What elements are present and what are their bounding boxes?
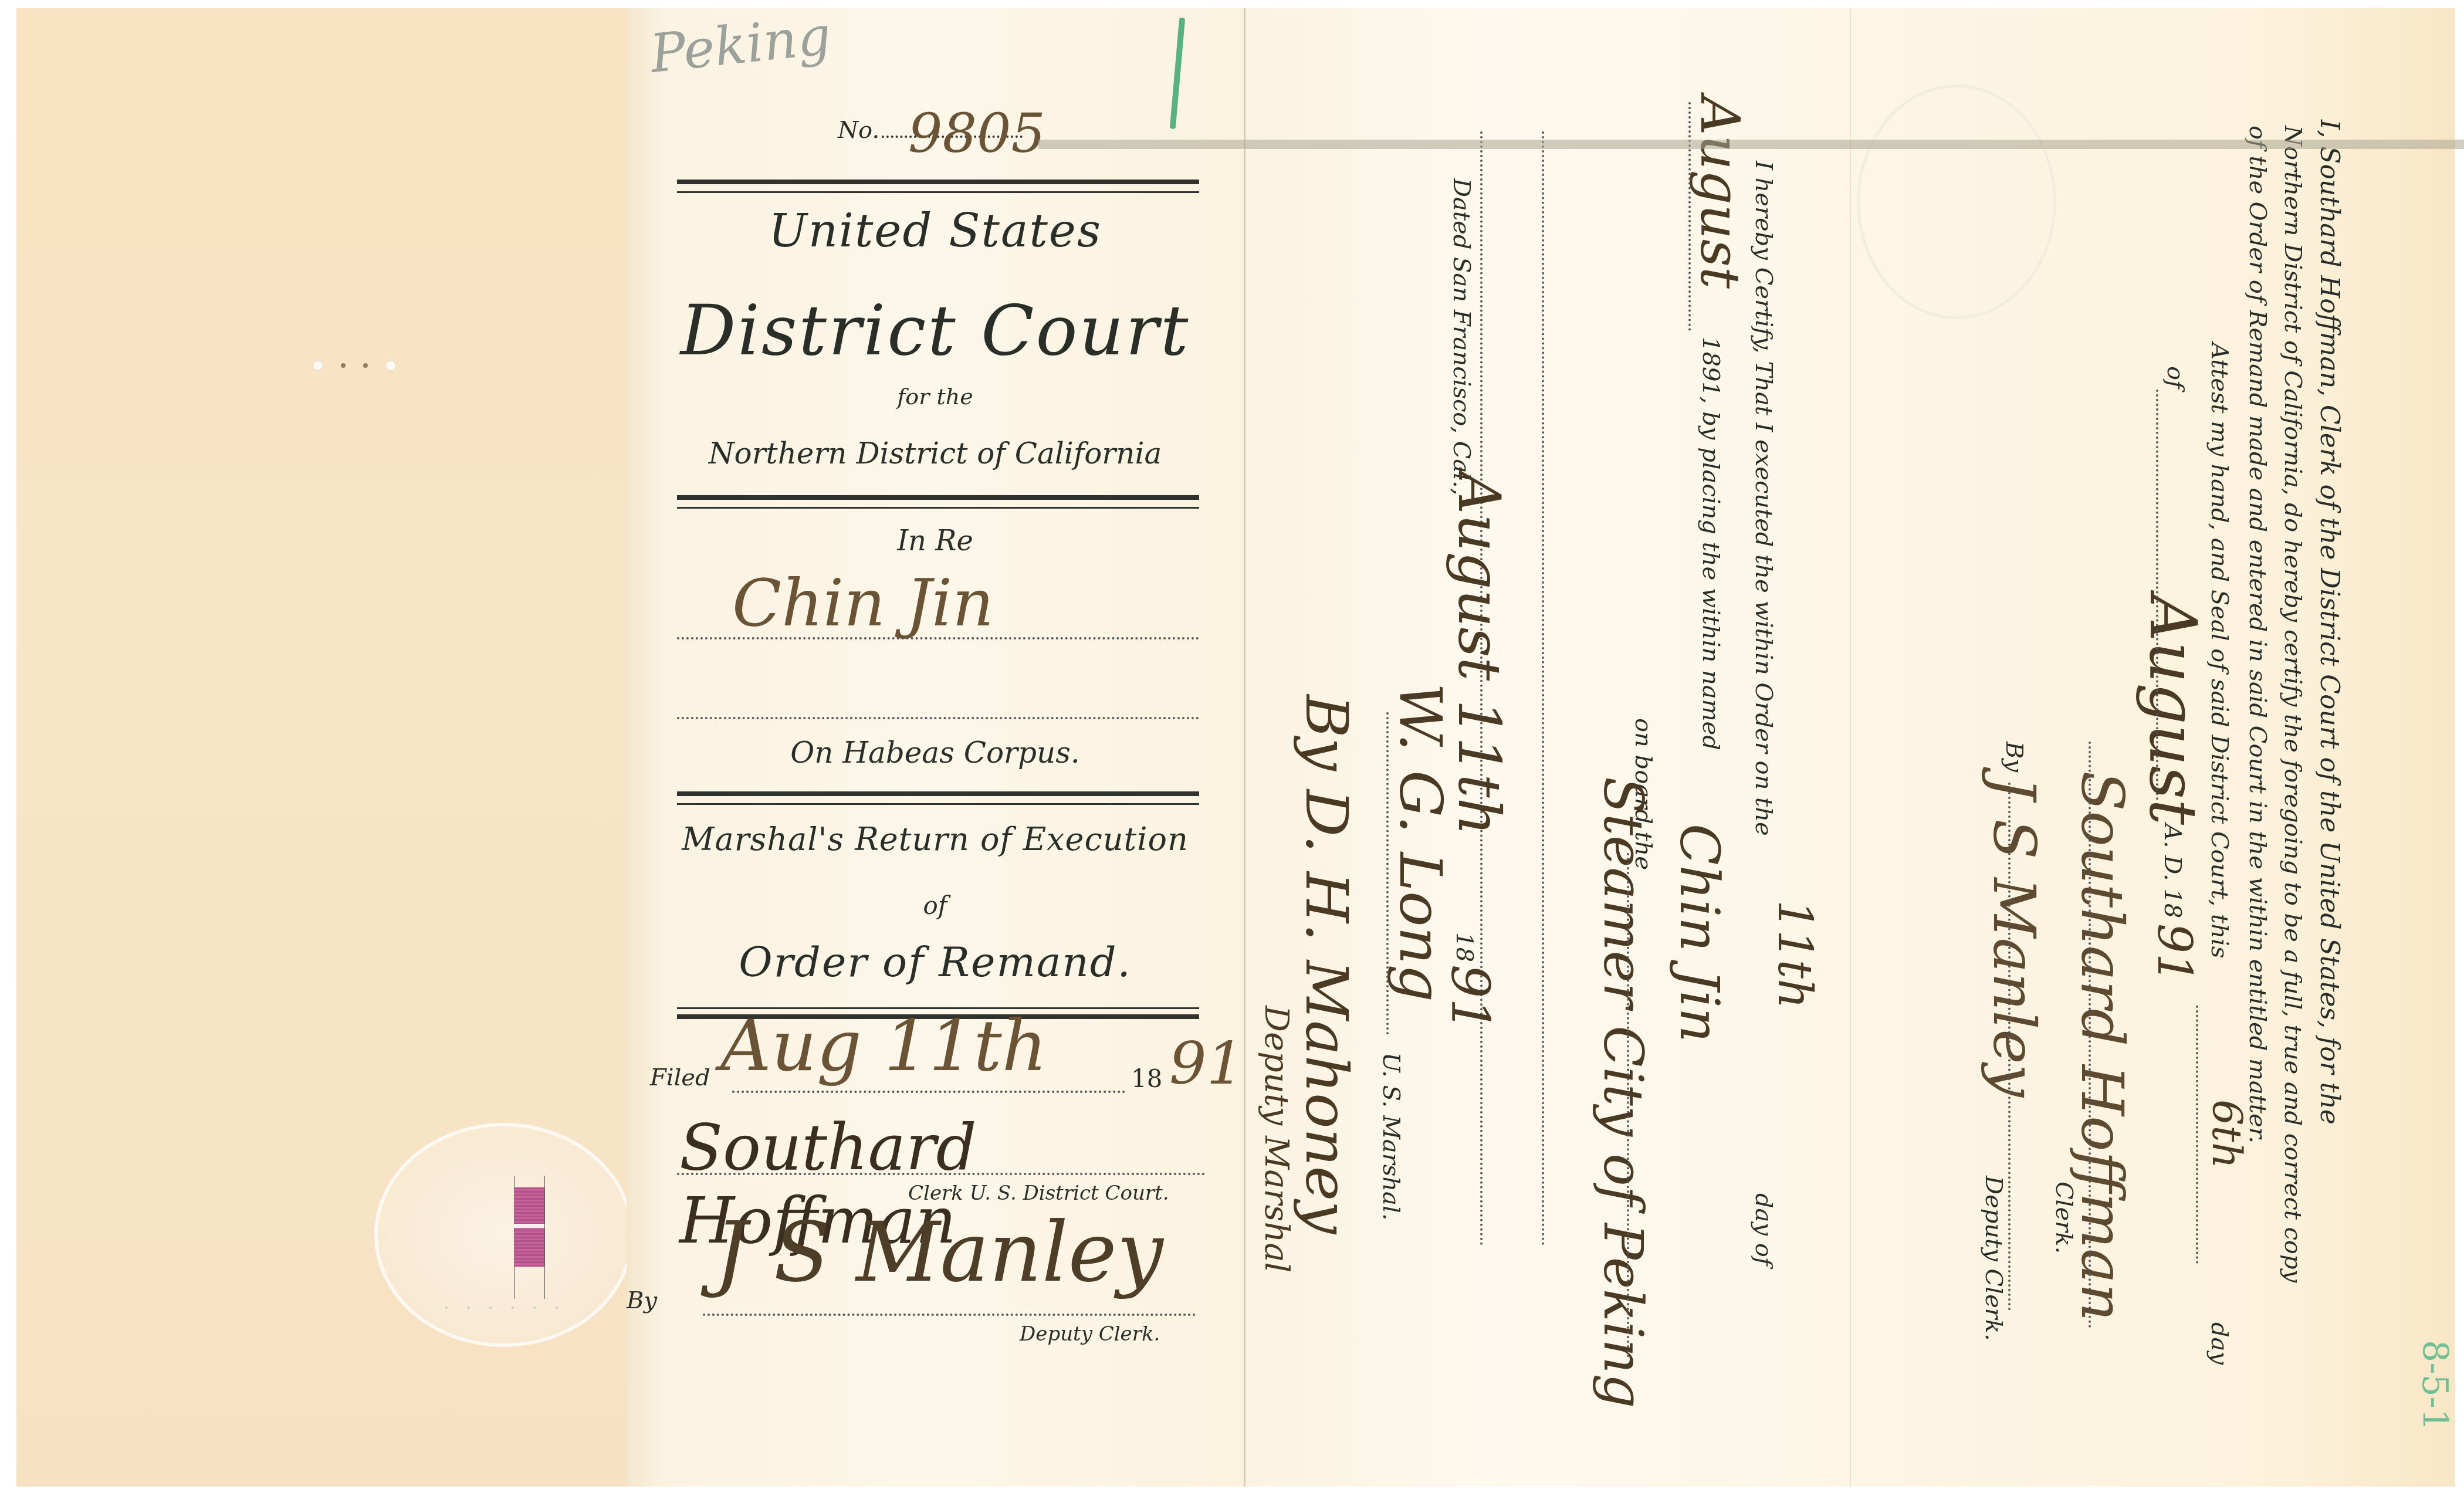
certificate-line2: Northern District of California, do here… (2279, 126, 2306, 1282)
dotted-line (1542, 131, 1544, 1246)
by-label: By (2001, 742, 2028, 772)
scan-artifact-bar (1038, 140, 2464, 149)
filed-date: Aug 11th (720, 1006, 1047, 1087)
deputy-clerk-signature: J S Manley (1980, 777, 2049, 1097)
pink-ribbon (514, 1187, 544, 1267)
dotted-line (2089, 742, 2091, 1328)
rule (677, 791, 1199, 796)
cover-panel: Peking No. 9805 United States District C… (627, 8, 1245, 1487)
deputy-marshal-signature: By D. H. Mahoney (1292, 695, 1361, 1234)
dated-label: Dated San Francisco, Cal., (1448, 178, 1475, 496)
dotted-line (703, 1314, 1196, 1316)
dotted-line (677, 717, 1199, 719)
docket-number: 9805 (908, 102, 1045, 165)
certificate-line3: of the Order of Remand made and entered … (2244, 126, 2271, 1143)
deputy-clerk-signature: J S Manley (715, 1205, 1163, 1301)
year-text: 1891, by placing the within named (1697, 337, 1724, 750)
rule (677, 180, 1199, 184)
court-title-line3: for the (627, 384, 1244, 409)
rule (677, 803, 1199, 805)
punch-hole (341, 363, 346, 368)
punch-hole (313, 360, 323, 371)
pencil-annotation: Peking (647, 5, 834, 85)
dotted-line (677, 637, 1199, 639)
court-title-line2: District Court (627, 290, 1244, 371)
blank-back-panel: · · · · · · (16, 8, 628, 1487)
vessel-name: Steamer City of Peking (1592, 777, 1654, 1408)
document-title-line3: Order of Remand. (627, 938, 1244, 986)
embossed-seal-icon (1857, 84, 2056, 319)
attest-day: 6th (2203, 1099, 2251, 1169)
dotted-line (2156, 390, 2158, 800)
rule (677, 507, 1199, 509)
punch-hole (385, 360, 396, 371)
certificate-line1: I, Southard Hoffman, Clerk of the Distri… (2314, 120, 2344, 1125)
filed-label: Filed (650, 1064, 710, 1091)
dated-date: August 11th (1445, 472, 1514, 835)
dotted-line (732, 1091, 1125, 1093)
clerk-certificate-panel: I, Southard Hoffman, Clerk of the Distri… (1851, 8, 2455, 1487)
document-title-line2: of (627, 891, 1244, 920)
clerk-caption: Clerk U. S. District Court. (908, 1182, 1169, 1205)
execution-day: 11th (1768, 900, 1822, 1008)
marshal-signature: W. G. Long (1386, 683, 1455, 1002)
rule (677, 495, 1199, 500)
document-title-line1: Marshal's Return of Execution (627, 821, 1244, 858)
marshal-return-panel: I hereby Certify, That I executed the wi… (1245, 8, 1851, 1487)
rule (677, 191, 1199, 193)
embossed-seal-icon: · · · · · · (374, 1123, 634, 1347)
day-label: day (2206, 1322, 2233, 1365)
court-title-line1: United States (627, 205, 1244, 258)
party-name: Chin Jin (732, 566, 994, 641)
dotted-line (2196, 1006, 2198, 1264)
party-name: Chin Jin (1668, 824, 1731, 1043)
court-title-line4: Northern District of California (627, 436, 1244, 471)
attest-month: August (2135, 595, 2211, 825)
dotted-line (2008, 783, 2011, 1311)
by-label: By (627, 1287, 657, 1314)
deputy-clerk-caption: Deputy Clerk. (1980, 1176, 2007, 1341)
day-of-label: day of (1750, 1193, 1777, 1266)
clerk-signature: Southard Hoffman (2068, 771, 2137, 1321)
dotted-line (1688, 102, 1691, 331)
dotted-line (1627, 853, 1629, 1358)
deputy-marshal-caption: Deputy Marshal (1257, 1006, 1295, 1273)
execution-month: August (1688, 96, 1751, 289)
clerk-caption: Clerk. (2050, 1182, 2077, 1254)
punch-hole (363, 363, 368, 368)
dotted-line (1386, 712, 1389, 1035)
attest-year: 91 (2147, 923, 2202, 983)
of-label: of (2162, 366, 2189, 389)
in-re-label: In Re (627, 524, 1244, 557)
marshal-caption: U. S. Marshal. (1377, 1052, 1404, 1220)
punch-holes (313, 360, 396, 371)
filed-year-prefix: 18 (1131, 1064, 1162, 1093)
ad-label: A. D. 18 (2159, 824, 2186, 918)
green-pencil-note: 8-5-1 (2414, 1340, 2455, 1431)
ribbon-thread (544, 1176, 545, 1299)
certify-text: I hereby Certify, That I executed the wi… (1750, 161, 1777, 836)
deputy-clerk-caption: Deputy Clerk. (1020, 1322, 1160, 1346)
dotted-line (677, 1173, 1205, 1175)
filed-year: 91 (1169, 1029, 1244, 1098)
docket-label: No. (838, 117, 879, 144)
seal-text: · · · · · · (378, 1297, 630, 1320)
proceeding-type: On Habeas Corpus. (627, 736, 1244, 770)
